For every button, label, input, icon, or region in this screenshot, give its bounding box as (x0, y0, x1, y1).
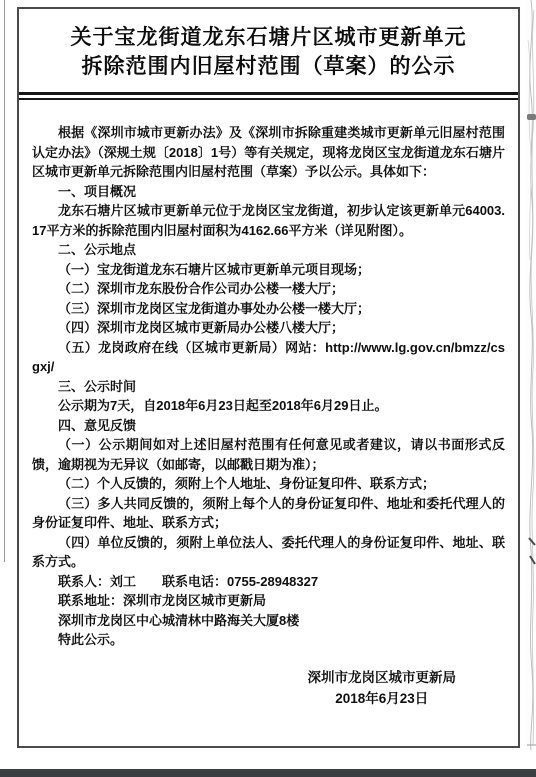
notice-paragraph: 根据《深圳市城市更新办法》及《深圳市拆除重建类城市更新单元旧屋村范围认定办法》（… (32, 123, 505, 182)
notice-list-item: （三）深圳市龙岗区宝龙街道办事处办公楼一楼大厅； (32, 299, 505, 319)
notice-list-item: （二）深圳市龙东股份合作公司办公楼一楼大厅； (32, 279, 505, 299)
notice-title-line-2: 拆除范围内旧屋村范围（草案）的公示 (19, 52, 518, 81)
notice-paragraph: 龙东石塘片区城市更新单元位于龙岗区宝龙街道，初步认定该更新单元64003.17平… (32, 201, 505, 240)
notice-section-heading: 四、意见反馈 (32, 416, 505, 436)
notice-section-heading: 二、公示地点 (32, 240, 505, 260)
map-squiggles-icon (526, 0, 536, 750)
notice-list-item-website: （五）龙岗政府在线（区城市更新局）网站：http://www.lg.gov.cn… (32, 338, 505, 377)
notice-document-page: 关于宝龙街道龙东石塘片区城市更新单元 拆除范围内旧屋村范围（草案）的公示 根据《… (17, 7, 520, 748)
signature-date: 2018年6月23日 (335, 688, 428, 709)
window-bottom-bar (0, 769, 536, 777)
notice-list-item: （四）深圳市龙岗区城市更新局办公楼八楼大厅； (32, 318, 505, 338)
notice-section-heading: 一、项目概况 (32, 182, 505, 202)
notice-list-item: （一）宝龙街道龙东石塘片区城市更新单元项目现场； (32, 260, 505, 280)
notice-paragraph: 公示期为7天，自2018年6月23日起至2018年6月29日止。 (32, 396, 505, 416)
notice-list-item: （二）个人反馈的，须附上个人地址、身份证复印件、联系方式； (32, 474, 505, 494)
next-page-map-edge (526, 0, 536, 750)
notice-contact-line: 联系人：刘工 联系电话：0755-28948327 (32, 572, 505, 592)
notice-section-heading: 三、公示时间 (32, 377, 505, 397)
notice-body: 根据《深圳市城市更新办法》及《深圳市拆除重建类城市更新单元旧屋村范围认定办法》（… (19, 100, 518, 650)
signature-block: 深圳市龙岗区城市更新局 2018年6月23日 (308, 667, 457, 709)
notice-list-item: （四）单位反馈的，须附上单位法人、委托代理人的身份证复印件、地址、联系方式。 (32, 533, 505, 572)
notice-contact-address: 联系地址：深圳市龙岗区城市更新局 (32, 591, 505, 611)
notice-closing: 特此公示。 (32, 630, 505, 650)
notice-title: 关于宝龙街道龙东石塘片区城市更新单元 拆除范围内旧屋村范围（草案）的公示 (19, 9, 518, 81)
notice-contact-address-2: 深圳市龙岗区中心城清林中路海关大厦8楼 (32, 611, 505, 631)
notice-list-item: （一）公示期间如对上述旧屋村范围有任何意见或者建议，请以书面形式反馈，逾期视为无… (32, 435, 505, 474)
notice-title-line-1: 关于宝龙街道龙东石塘片区城市更新单元 (19, 23, 518, 52)
notice-list-item: （三）多人共同反馈的，须附上每个人的身份证复印件、地址和委托代理人的身份证复印件… (32, 494, 505, 533)
title-divider (19, 92, 518, 100)
signature-org: 深圳市龙岗区城市更新局 (308, 667, 457, 688)
scan-edge-line (4, 0, 5, 562)
